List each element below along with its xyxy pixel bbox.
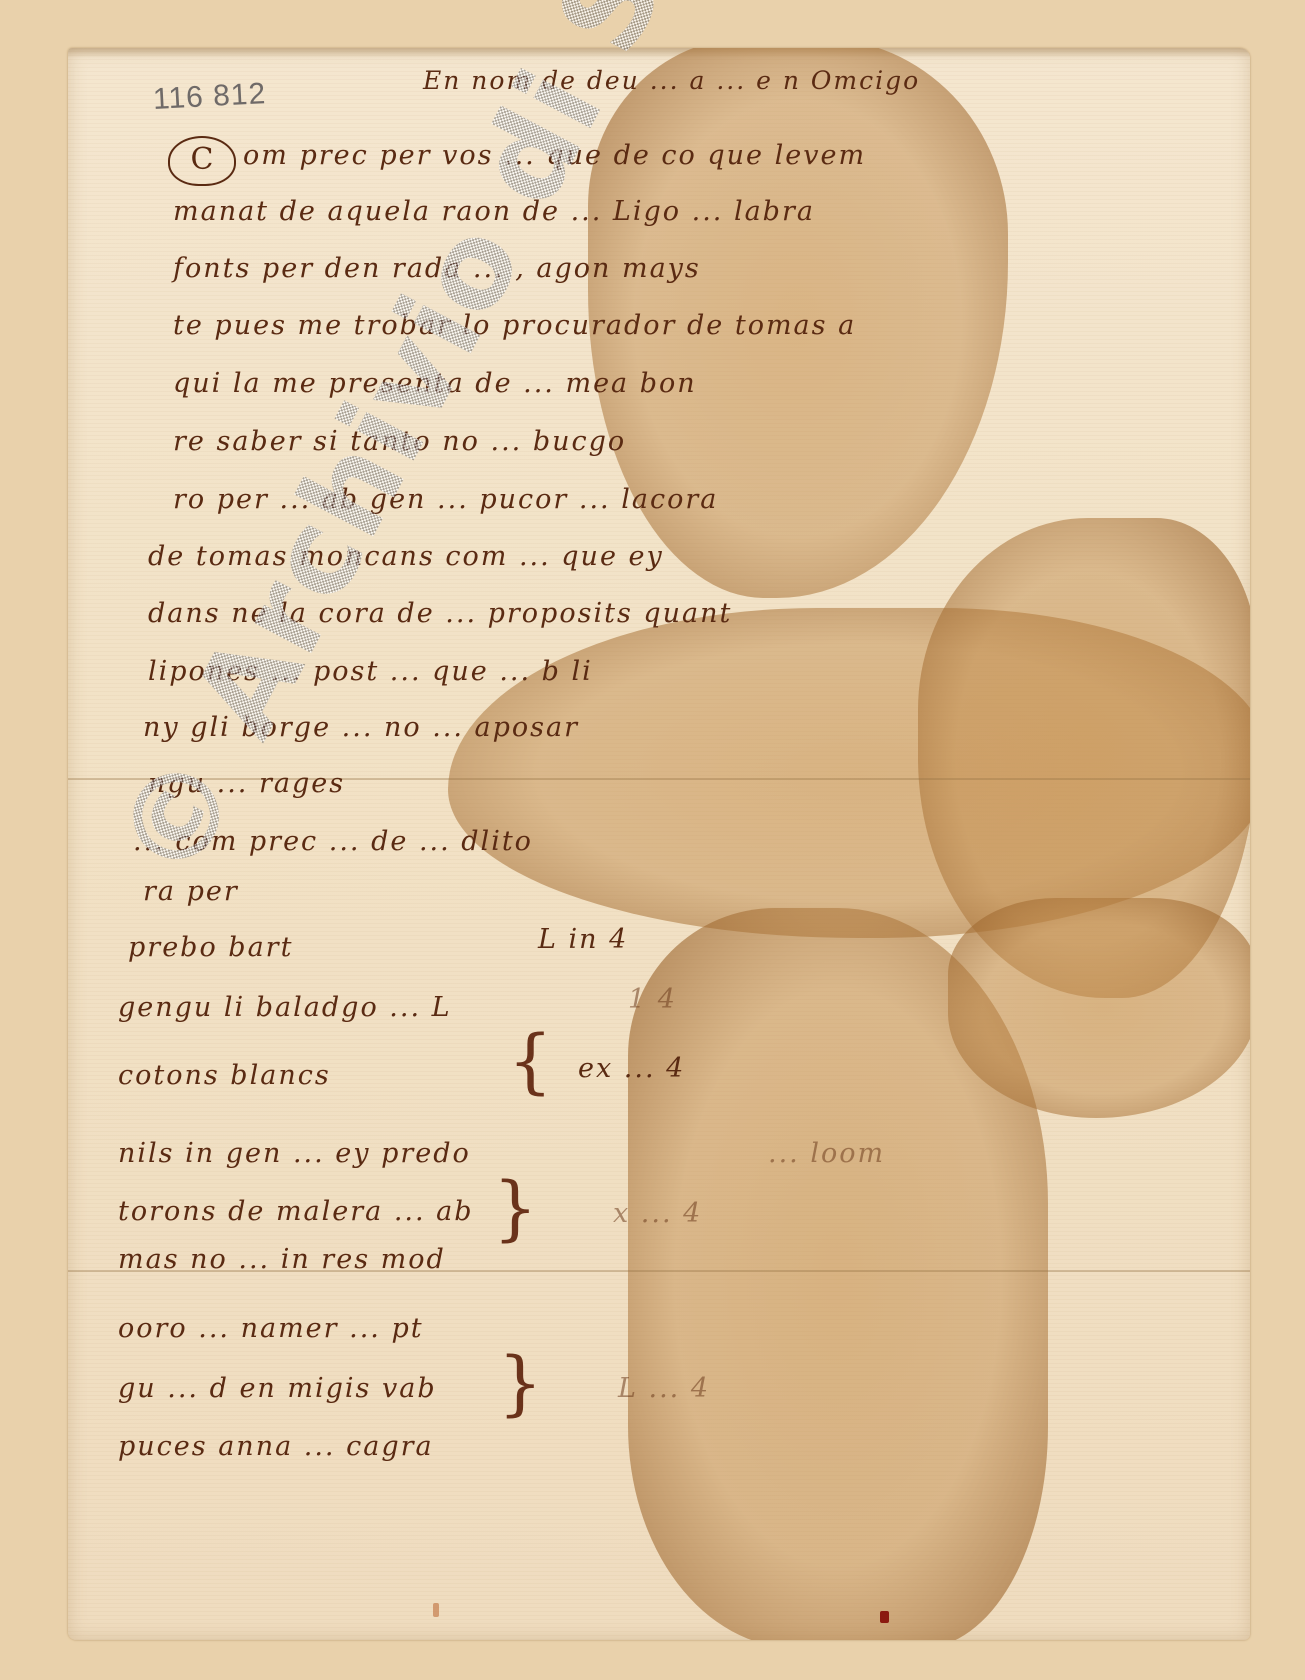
ledger-amount: ... loom	[768, 1138, 885, 1169]
text-line: ngu ... rages	[148, 768, 345, 799]
text-line: om prec per vos ... que de co que levem	[243, 140, 866, 171]
brace: {	[508, 1026, 553, 1096]
text-line: ro per ... ab gen ... pucor ... lacora	[173, 484, 718, 515]
brace: }	[493, 1173, 538, 1243]
water-stain-right	[918, 518, 1250, 998]
pencil-mark: 56	[578, 48, 600, 49]
ledger-item: puces anna ... cagra	[118, 1431, 434, 1462]
ledger-item: prebo bart	[128, 932, 293, 963]
manuscript-page: 116 812 56 En nom de deu ... a ... e n O…	[68, 48, 1250, 1640]
ledger-item: cotons blancs	[118, 1060, 331, 1091]
stain-fleck	[433, 1603, 439, 1617]
ledger-amount: L in 4	[538, 924, 628, 955]
water-stain-right-lower	[948, 898, 1250, 1118]
catalog-number: 116 812	[152, 77, 267, 117]
water-stain-bottom	[628, 908, 1048, 1640]
text-line: manat de aquela raon de ... Ligo ... lab…	[173, 196, 815, 227]
text-line: ny gli borge ... no ... aposar	[143, 712, 579, 743]
text-line: de tomas moncans com ... que ey	[148, 541, 664, 572]
header-line: En nom de deu ... a ... e n Omcigo	[423, 66, 920, 95]
text-line: te pues me trobar lo procurador de tomas…	[173, 310, 856, 341]
ledger-item: nils in gen ... ey predo	[118, 1138, 471, 1169]
ledger-amount: x ... 4	[613, 1198, 702, 1229]
ledger-item: mas no ... in res mod	[118, 1244, 446, 1275]
ledger-item: torons de malera ... ab	[118, 1196, 474, 1227]
ledger-amount: L ... 4	[618, 1373, 710, 1404]
ledger-amount: ex ... 4	[578, 1053, 685, 1084]
ledger-item: ooro ... namer ... pt	[118, 1313, 424, 1344]
text-line: qui la me presenta de ... mea bon	[173, 368, 697, 399]
brace: }	[498, 1348, 543, 1418]
ledger-amount: 1 4	[628, 984, 677, 1015]
ledger-item: gu ... d en migis vab	[118, 1373, 437, 1404]
page-edge	[68, 48, 1250, 58]
text-line: re saber si tanto no ... bucgo	[173, 426, 626, 457]
text-line: dans ne la cora de ... proposits quant	[148, 598, 732, 629]
wax-seal-fleck	[880, 1611, 889, 1623]
ledger-item: gengu li baladgo ... L	[118, 992, 452, 1023]
text-line: ... com prec ... de ... dlito	[133, 826, 533, 857]
text-line: ra per	[143, 876, 239, 907]
text-line: lipones ... post ... que ... b li	[148, 656, 593, 687]
text-line: fonts per den rada ... , agon mays	[173, 253, 701, 284]
initial-letter: C	[168, 136, 236, 186]
